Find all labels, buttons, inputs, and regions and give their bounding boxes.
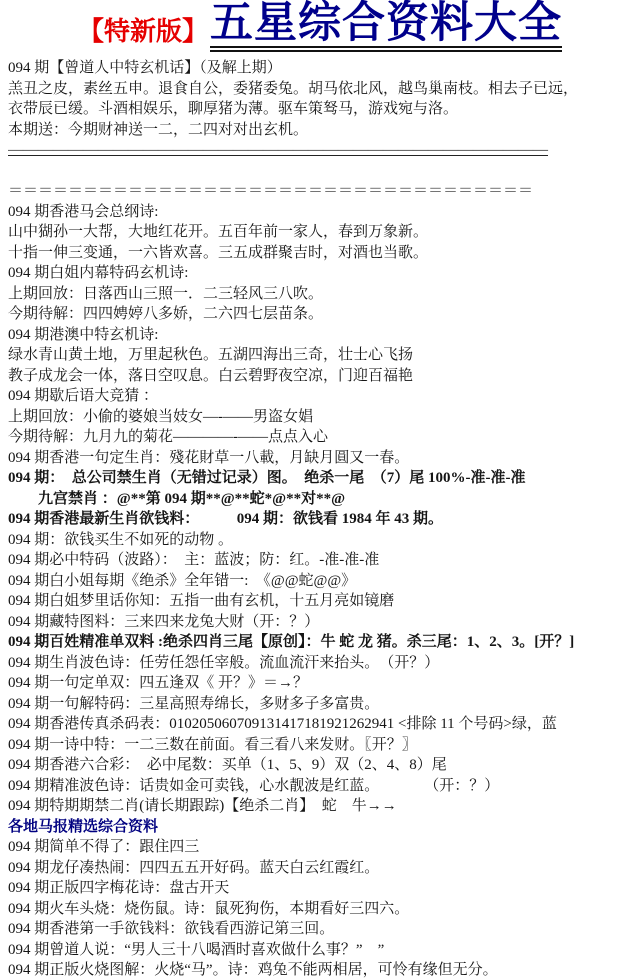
text-line: 本期送：今期财神送一二，二四对对出玄机。 xyxy=(8,120,640,141)
text-line: 山中猢孙一大帮，大地红花开。五百年前一家人，春到万象新。 xyxy=(8,222,640,243)
text-line: 094 期正版火烧图解：火烧“马”。诗：鸡兔不能两相居，可怜有缘但无分。 xyxy=(8,960,640,980)
text-line: 094 期简单不得了：跟住四三 xyxy=(8,837,640,858)
text-line: 094 期歇后语大竞猜 ： xyxy=(8,386,640,407)
text-line: 094 期香港最新生肖欲钱料： 094 期：欲钱看 1984 年 43 期。 xyxy=(8,509,640,530)
edition-badge: 【特新版】 xyxy=(78,19,208,45)
text-line: 绿水青山黄土地，万里起秋色。五湖四海出三奇，壮士心飞扬 xyxy=(8,345,640,366)
text-line: 094 期一句定单双：四五逢双《 开？》＝→？ xyxy=(8,673,640,694)
text-line: 094 期正版四字梅花诗：盘古开天 xyxy=(8,878,640,899)
text-line: 今期待解：九月九的菊花————-——点点入心 xyxy=(8,427,640,448)
text-line: 羔丑之皮，素丝五申。退食自公，委猪委兔。胡马依北风，越鸟巢南枝。相去子已远， xyxy=(8,79,640,100)
text-line: 094 期特期期禁二肖(请长期跟踪)【绝杀二肖】 蛇 牛→→ xyxy=(8,796,640,817)
text-line: 094 期香港一句定生肖：殘花財草一八載，月缺月圓又一春。 xyxy=(8,448,640,469)
text-line: 094 期白小姐每期《绝杀》全年错一: 《@@蛇@@》 xyxy=(8,571,640,592)
text-line: 094 期一句解特码：三星高照寿绵长，多财多子多富贵。 xyxy=(8,694,640,715)
text-line: 094 期香港马会总纲诗: xyxy=(8,202,640,223)
text-line: 今期待解：四四娉婷八多娇，二六四七层苗条。 xyxy=(8,304,640,325)
text-line: 上期回放：小偷的婆娘当妓女—-——男盗女娼 xyxy=(8,407,640,428)
text-line: 094 期龙仔凑热闹：四四五五开好码。蓝天白云红霞红。 xyxy=(8,858,640,879)
text-line: 094 期曾道人说：“男人三十八喝酒时喜欢做什么事？” ” xyxy=(8,940,640,961)
text-line: 上期回放：日落西山三照一．二三轻风三八吹。 xyxy=(8,284,640,305)
separator-dash: ———————————————————————————————————— xyxy=(8,140,640,161)
page-header: 【特新版】 五星综合资料大全 xyxy=(0,0,644,52)
text-line: 094 期白姐梦里话你知：五指一曲有玄机，十五月亮如镜磨 xyxy=(8,591,640,612)
content-lines: 094 期【曾道人中特玄机话】（及解上期）羔丑之皮，素丝五申。退食自公，委猪委兔… xyxy=(0,52,644,980)
text-line: 094 期港澳中特玄机诗: xyxy=(8,325,640,346)
text-line: 094 期火车头烧：烧伤鼠。诗：鼠死狗伤，本期看好三四六。 xyxy=(8,899,640,920)
text-line: 094 期百姓精准单双料 :绝杀四肖三尾【原创】：牛 蛇 龙 猪。杀三尾：1、2… xyxy=(8,632,640,653)
text-line: 各地马报精选综合资料 xyxy=(8,817,640,838)
text-line: 094 期白姐内幕特码玄机诗: xyxy=(8,263,640,284)
text-line: 九宫禁肖 ：@**第 094 期**@**蛇*@**对**@ xyxy=(8,489,640,510)
blank-line xyxy=(8,161,640,182)
text-line: 094 期【曾道人中特玄机话】（及解上期） xyxy=(8,58,640,79)
text-line: 094 期香港六合彩： 必中尾数：买单（1、5、9）双（2、4、8）尾 xyxy=(8,755,640,776)
text-line: 094 期一诗中特：一二三数在前面。看三看八来发财。〖开？〗 xyxy=(8,735,640,756)
text-line: 094 期生肖波色诗：任劳任怨任宰般。流血流汗来抬头。 （开？） xyxy=(8,653,640,674)
separator-equals: ＝＝＝＝＝＝＝＝＝＝＝＝＝＝＝＝＝＝＝＝＝＝＝＝＝＝＝＝＝＝＝＝＝＝＝ xyxy=(8,181,640,202)
text-line: 094 期： 总公司禁生肖（无错过记录）图。 绝杀一尾 （7）尾 100%-准-… xyxy=(8,468,640,489)
text-line: 十指一伸三变通，一六皆欢喜。三五成群聚吉时，对酒也当歌。 xyxy=(8,243,640,264)
lottery-info-page: 【特新版】 五星综合资料大全 094 期【曾道人中特玄机话】（及解上期）羔丑之皮… xyxy=(0,0,644,980)
text-line: 094 期香港第一手欲钱料：欲钱看西游记第三回。 xyxy=(8,919,640,940)
text-line: 094 期精准波色诗：话贵如金可卖钱，心水靓波是红蓝。 （开：？） xyxy=(8,776,640,797)
text-line: 094 期：欲钱买生不如死的动物 。 xyxy=(8,530,640,551)
text-line: 教子成龙会一体，落日空叹息。白云碧野夜空凉，门迎百福艳 xyxy=(8,366,640,387)
text-line: 094 期香港传真杀码表：010205060709131417181921262… xyxy=(8,714,640,735)
text-line: 衣带辰已缓。斗酒相娱乐，聊厚猪为薄。驱车策驽马，游戏宛与洛。 xyxy=(8,99,640,120)
text-line: 094 期必中特码（波路）： 主：蓝波；防：红。-准-准-准 xyxy=(8,550,640,571)
text-line: 094 期藏特图料：三来四来龙兔大财（开：？） xyxy=(8,612,640,633)
page-title: 五星综合资料大全 xyxy=(210,2,562,52)
